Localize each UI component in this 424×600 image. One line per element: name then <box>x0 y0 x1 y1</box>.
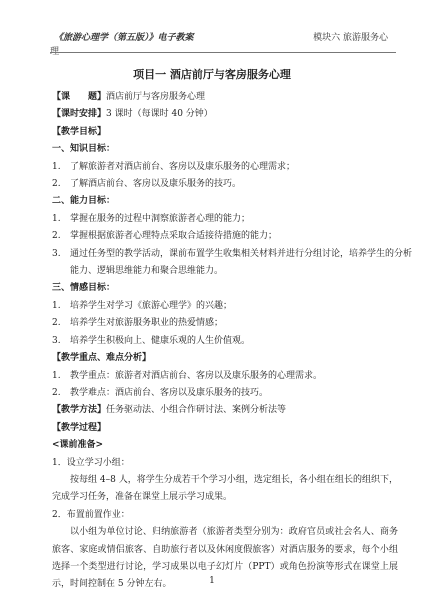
methods-value: 任务驱动法、小组合作研讨法、案例分析法等 <box>106 405 286 415</box>
step2-title: 2．布置前置作业： <box>52 507 398 524</box>
list-item: 3.通过任务型的教学活动，课前布置学生收集相关材料并进行分组讨论，培养学生的分析 <box>52 246 398 263</box>
key-points-heading: 【教学重点、难点分析】 <box>52 350 398 367</box>
list-item: 2.掌握根据旅游者心理特点采取合适接待措施的能力； <box>52 228 398 245</box>
list-item: 1.掌握在服务的过程中洞察旅游者心理的能力； <box>52 211 398 228</box>
document-page: 《旅游心理学（第五版）》电子教案 模块六 旅游服务心 理 项目一 酒店前厅与客房… <box>0 0 424 600</box>
header-module-wrap: 理 <box>50 44 59 57</box>
process-heading: 【教学过程】 <box>52 420 398 437</box>
knowledge-heading: 一、知识目标： <box>52 141 398 158</box>
list-item: 2.培养学生对旅游服务职业的热爱情感； <box>52 315 398 332</box>
list-item: 2.了解酒店前台、客房以及康乐服务的技巧。 <box>52 176 398 193</box>
methods-line: 【教学方法】任务驱动法、小组合作研讨法、案例分析法等 <box>52 402 398 419</box>
ability-heading: 二、能力目标： <box>52 193 398 210</box>
topic-label: 【课 题】 <box>52 92 106 102</box>
prep-heading: <课前准备> <box>52 437 398 454</box>
list-item: 1.教学重点：旅游者对酒店前台、客房以及康乐服务的心理需求。 <box>52 368 398 385</box>
step1-paragraph: 按每组 4–8 人，将学生分成若干个学习小组，选定组长，各小组在组长的组织下，完… <box>52 472 398 507</box>
topic-line: 【课 题】酒店前厅与客房服务心理 <box>52 89 398 106</box>
emotion-heading: 三、情感目标： <box>52 280 398 297</box>
document-body: 【课 题】酒店前厅与客房服务心理 【课时安排】3 课时（每课时 40 分钟） 【… <box>52 89 398 594</box>
header-divider <box>50 52 396 53</box>
list-item: 1.了解旅游者对酒店前台、客房以及康乐服务的心理需求； <box>52 159 398 176</box>
list-item: 3.培养学生积极向上、健康乐观的人生价值观。 <box>52 333 398 350</box>
list-item-continuation: 能力、逻辑思维能力和聚合思维能力。 <box>52 263 398 280</box>
header-module: 模块六 旅游服务心 <box>313 30 388 43</box>
schedule-value: 3 课时（每课时 40 分钟） <box>106 109 213 119</box>
list-item: 2.教学难点：酒店前台、客房以及康乐服务的技巧。 <box>52 385 398 402</box>
step1-title: 1．设立学习小组： <box>52 455 398 472</box>
list-item: 1.培养学生对学习《旅游心理学》的兴趣； <box>52 298 398 315</box>
page-number: 1 <box>0 576 424 586</box>
header-book-title: 《旅游心理学（第五版）》电子教案 <box>54 30 194 43</box>
schedule-line: 【课时安排】3 课时（每课时 40 分钟） <box>52 106 398 123</box>
methods-label: 【教学方法】 <box>52 405 106 415</box>
schedule-label: 【课时安排】 <box>52 109 106 119</box>
document-title: 项目一 酒店前厅与客房服务心理 <box>0 66 424 82</box>
topic-value: 酒店前厅与客房服务心理 <box>106 92 205 102</box>
objectives-heading: 【教学目标】 <box>52 124 398 141</box>
